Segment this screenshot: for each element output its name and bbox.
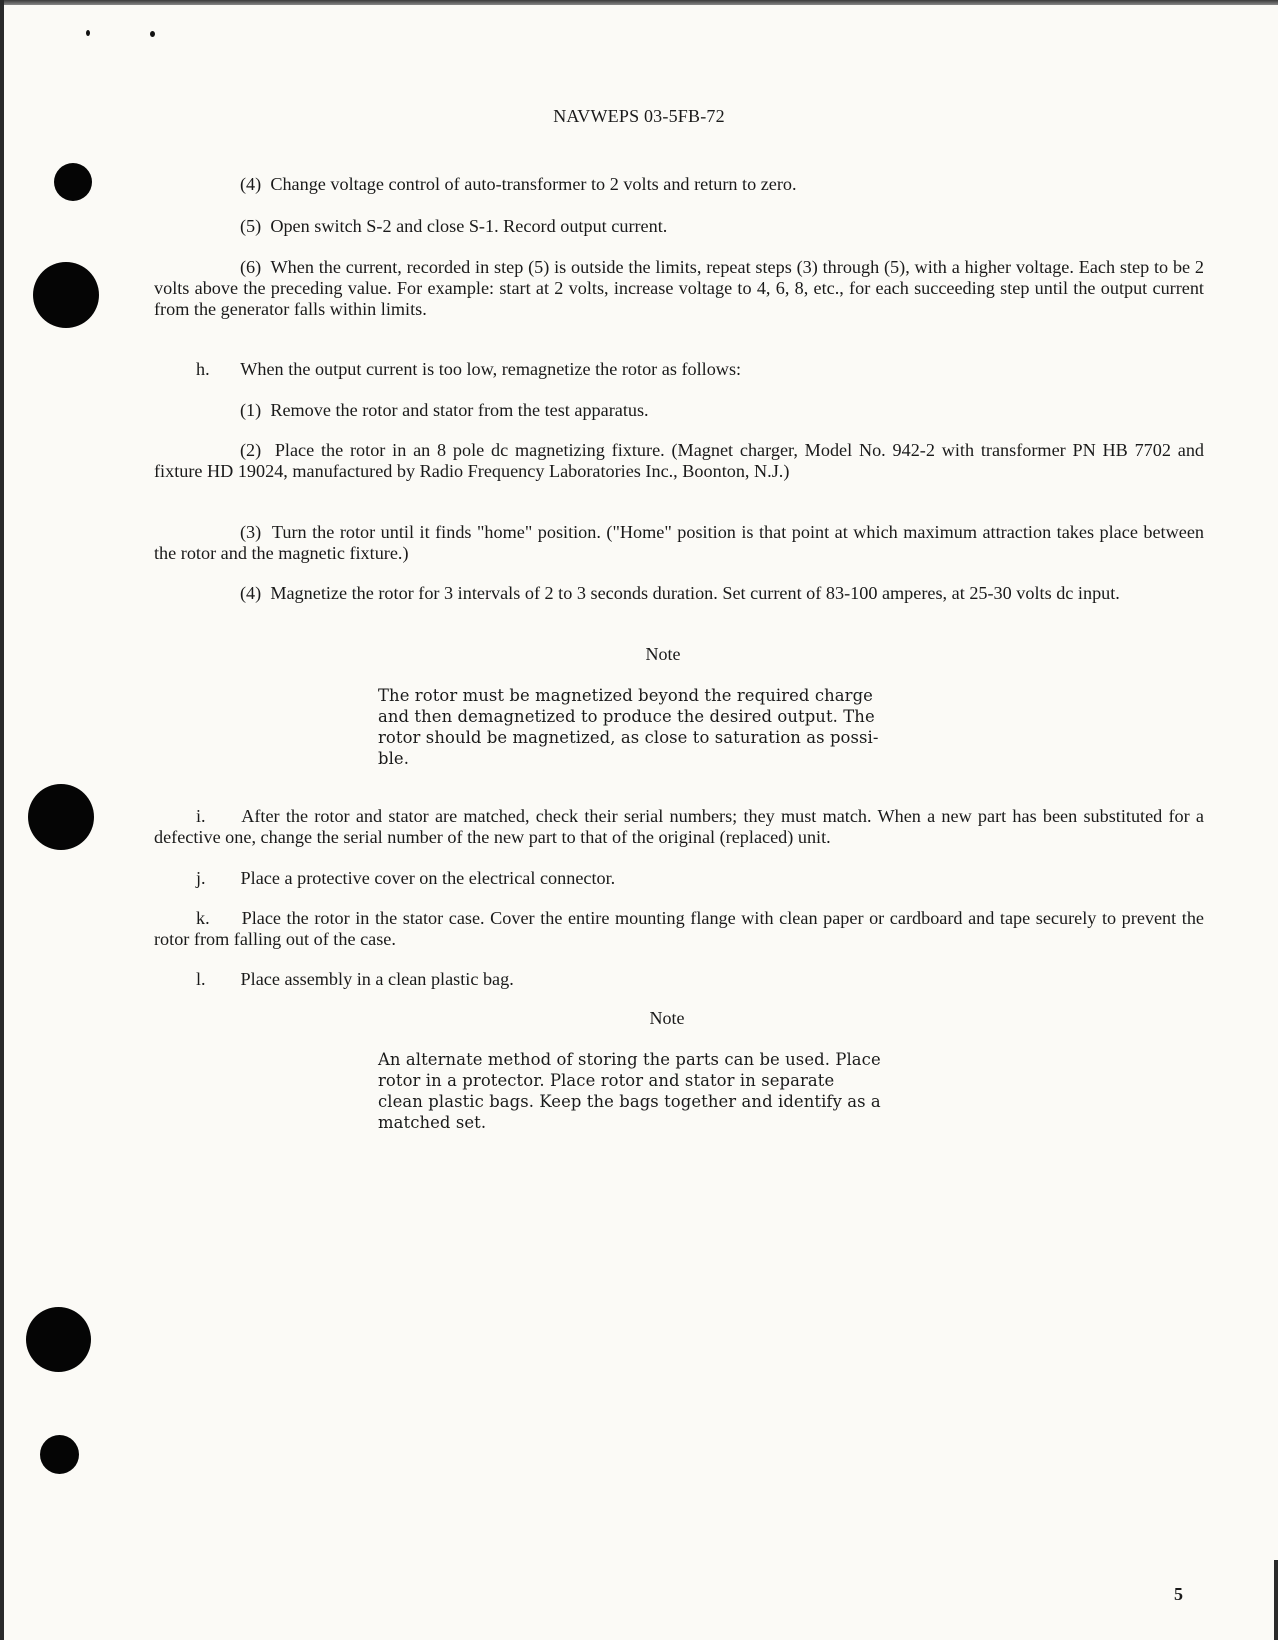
step-i: i. After the rotor and stator are matche… <box>154 806 1204 848</box>
step-text: When the output current is too low, rema… <box>240 359 741 379</box>
step-label: (4) <box>154 174 261 195</box>
step-h-2: (2) Place the rotor in an 8 pole dc magn… <box>154 440 1204 482</box>
step-label: k. <box>154 908 236 929</box>
page-edge-top <box>0 0 1278 5</box>
step-label: (4) <box>154 583 261 604</box>
step-text: After the rotor and stator are matched, … <box>154 806 1204 847</box>
step-k: k. Place the rotor in the stator case. C… <box>154 908 1204 950</box>
note-line: rotor should be magnetized, as close to … <box>378 727 958 748</box>
step-h-1: (1) Remove the rotor and stator from the… <box>154 400 1204 421</box>
step-h: h. When the output current is too low, r… <box>154 359 1204 380</box>
step-label: (3) <box>154 522 261 543</box>
step-label: h. <box>154 359 236 380</box>
step-text: Magnetize the rotor for 3 intervals of 2… <box>270 583 1120 603</box>
step-text: Open switch S-2 and close S-1. Record ou… <box>270 216 667 236</box>
step-j: j. Place a protective cover on the elect… <box>154 868 1204 889</box>
step-label: (6) <box>154 257 261 278</box>
step-text: Place the rotor in the stator case. Cove… <box>154 908 1204 949</box>
note-line: and then demagnetized to produce the des… <box>378 706 958 727</box>
step-text: When the current, recorded in step (5) i… <box>154 257 1204 319</box>
note-title: Note <box>24 644 1278 665</box>
binder-hole <box>40 1435 79 1474</box>
step-5: (5) Open switch S-2 and close S-1. Recor… <box>154 216 1204 237</box>
step-label: i. <box>154 806 236 827</box>
note-line: ble. <box>378 748 958 769</box>
note-line: The rotor must be magnetized beyond the … <box>378 685 958 706</box>
step-4: (4) Change voltage control of auto-trans… <box>154 174 1204 195</box>
note-line: clean plastic bags. Keep the bags togeth… <box>378 1091 958 1112</box>
step-label: (2) <box>154 440 261 461</box>
step-h-3: (3) Turn the rotor until it finds "home"… <box>154 522 1204 564</box>
note-body: An alternate method of storing the parts… <box>378 1049 958 1133</box>
page-edge-right <box>1274 1560 1278 1640</box>
page-number: 5 <box>1174 1584 1183 1605</box>
step-6: (6) When the current, recorded in step (… <box>154 257 1204 320</box>
step-l: l. Place assembly in a clean plastic bag… <box>154 969 1204 990</box>
scan-speck <box>150 31 155 37</box>
step-text: Remove the rotor and stator from the tes… <box>270 400 648 420</box>
binder-hole <box>33 262 99 328</box>
step-text: Place a protective cover on the electric… <box>241 868 616 888</box>
step-text: Place the rotor in an 8 pole dc magnetiz… <box>154 440 1204 481</box>
step-label: j. <box>154 868 236 889</box>
note-line: rotor in a protector. Place rotor and st… <box>378 1070 958 1091</box>
binder-hole <box>28 784 94 850</box>
step-h-4: (4) Magnetize the rotor for 3 intervals … <box>154 583 1204 604</box>
step-text: Turn the rotor until it finds "home" pos… <box>154 522 1204 563</box>
document-header: NAVWEPS 03-5FB-72 <box>0 106 1278 127</box>
note-line: matched set. <box>378 1112 958 1133</box>
step-label: l. <box>154 969 236 990</box>
binder-hole <box>54 163 92 201</box>
note-body: The rotor must be magnetized beyond the … <box>378 685 958 769</box>
note-title: Note <box>28 1008 1278 1029</box>
step-text: Change voltage control of auto-transform… <box>270 174 796 194</box>
step-text: Place assembly in a clean plastic bag. <box>241 969 514 989</box>
page-edge-left <box>0 0 4 1640</box>
step-label: (5) <box>154 216 261 237</box>
binder-hole <box>26 1307 91 1372</box>
scan-speck <box>86 30 90 36</box>
step-label: (1) <box>154 400 261 421</box>
note-line: An alternate method of storing the parts… <box>378 1049 958 1070</box>
